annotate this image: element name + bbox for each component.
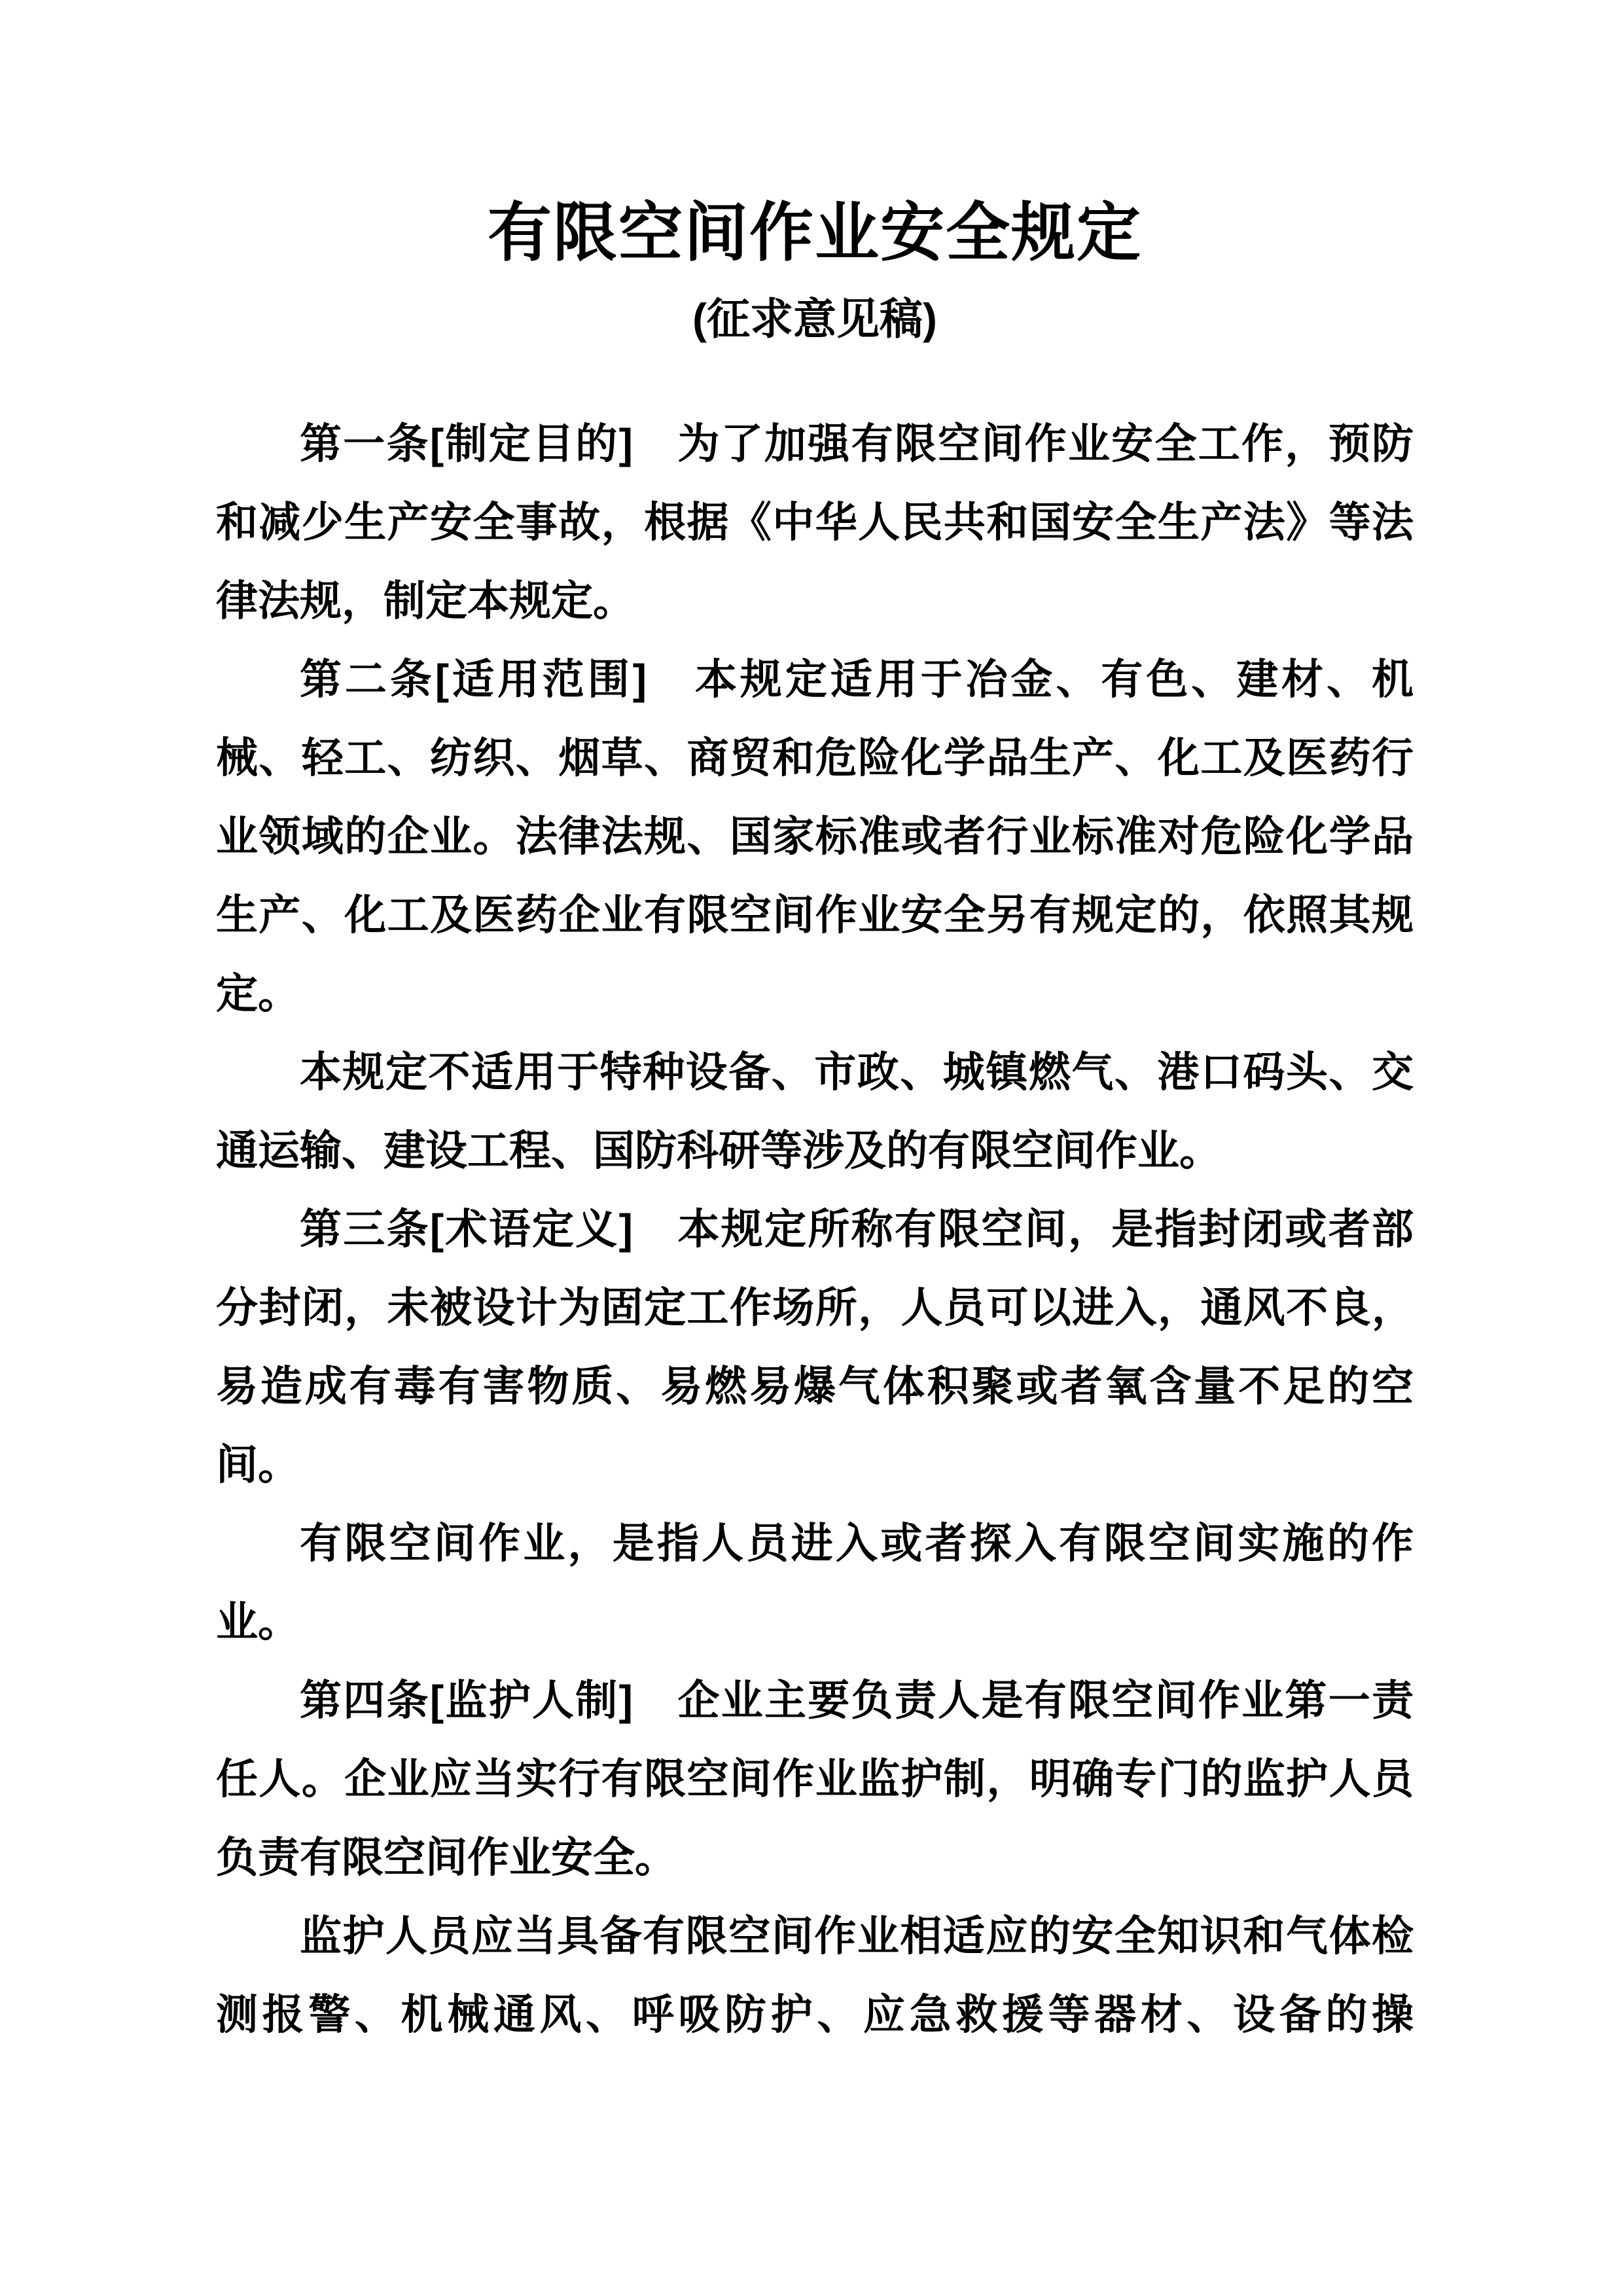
paragraph-article-1: 第一条[制定目的] 为了加强有限空间作业安全工作，预防和减少生产安全事故，根据《…: [216, 404, 1414, 640]
paragraph-article-3-definition: 有限空间作业，是指人员进入或者探入有限空间实施的作业。: [216, 1504, 1414, 1661]
document-title: 有限空间作业安全规定: [216, 190, 1414, 275]
paragraph-article-3: 第三条[术语定义] 本规定所称有限空间，是指封闭或者部分封闭，未被设计为固定工作…: [216, 1190, 1414, 1504]
paragraph-article-4: 第四条[监护人制] 企业主要负责人是有限空间作业第一责任人。企业应当实行有限空间…: [216, 1661, 1414, 1897]
paragraph-article-2: 第二条[适用范围] 本规定适用于冶金、有色、建材、机械、轻工、纺织、烟草、商贸和…: [216, 640, 1414, 1033]
paragraph-article-2-exclusions: 本规定不适用于特种设备、市政、城镇燃气、港口码头、交通运输、建设工程、国防科研等…: [216, 1033, 1414, 1190]
paragraph-article-4-continued: 监护人员应当具备有限空间作业相适应的安全知识和气体检测报警、机械通风、呼吸防护、…: [216, 1897, 1414, 2054]
document-body: 第一条[制定目的] 为了加强有限空间作业安全工作，预防和减少生产安全事故，根据《…: [216, 404, 1414, 2054]
document-page: 有限空间作业安全规定 (征求意见稿) 第一条[制定目的] 为了加强有限空间作业安…: [0, 0, 1623, 2296]
document-subtitle: (征求意见稿): [216, 289, 1414, 348]
